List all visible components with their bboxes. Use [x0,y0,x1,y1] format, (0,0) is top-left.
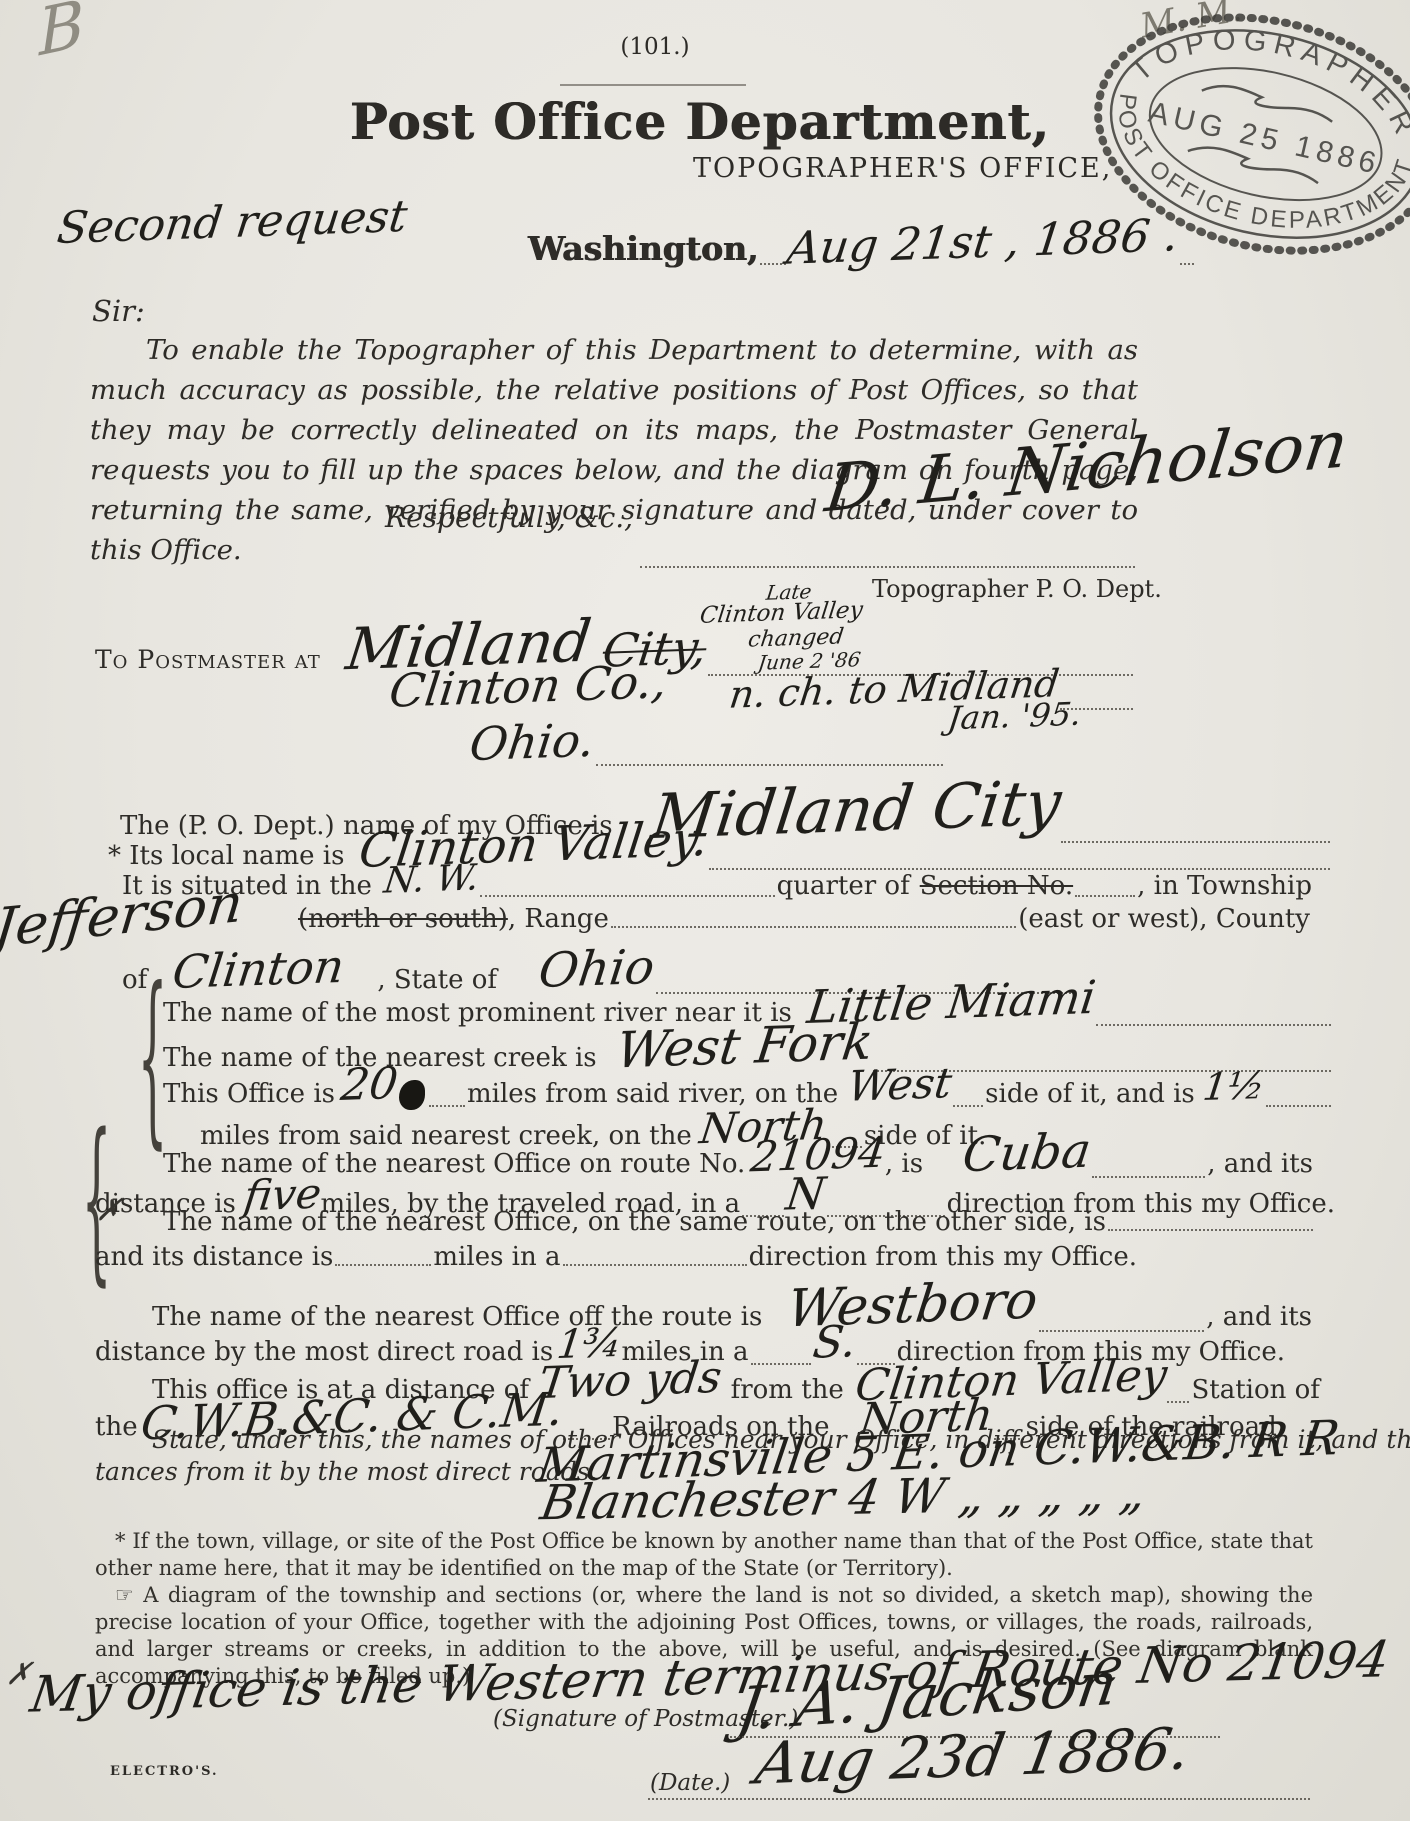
date-label: (Date.) [650,1770,730,1796]
dotted-line [1266,1105,1331,1107]
field-label: , Range [508,904,609,934]
topographer-title: Topographer P. O. Dept. [872,575,1162,603]
addressee-state: Ohio. [467,713,598,771]
postmaster-date: Aug 23d 1886. [750,1715,1195,1798]
field-label: (east or west), County [1018,904,1310,934]
dotted-line [335,1264,431,1266]
salutation: Sir: [92,294,145,328]
dotted-line [611,926,1016,928]
addressee-county: Clinton Co., [386,654,670,718]
other-office-entry-2: Blanchester 4 W „ „ „ „ „ [537,1465,1150,1532]
date-dotted-line [648,1798,1310,1800]
header-divider [560,84,746,86]
river-side-value: West [845,1058,955,1111]
creek-miles-value: 1½ [1200,1063,1267,1109]
signature-dotted-line [640,566,1135,568]
scanned-form-page: B M. M. (101.) Post Office Department, T… [0,0,1410,1821]
field-label: and its distance is [95,1242,333,1272]
dotted-line [1075,895,1135,897]
washington-label: Washington, [528,229,758,268]
margin-check-mark: ✗ [4,1657,34,1693]
dotted-line [596,764,943,766]
field-label: , in Township [1137,871,1312,901]
dotted-line [480,895,774,897]
river-miles-value: 20 [338,1058,401,1111]
margin-check-mark: ✗ [94,1193,124,1229]
second-request-note: Second request [54,191,410,254]
other-offices-label-line2: tances from it by the most direct roads. [95,1457,598,1486]
field-label: the [95,1412,138,1442]
dotted-line [1108,1229,1313,1231]
field-label: quarter of [777,871,910,901]
office-title: TOPOGRAPHER'S OFFICE, [693,153,1112,184]
quarter-value: N. W. [382,857,482,901]
annotation-name-change-date: Jan. '95. [946,695,1084,738]
struck-north-south-label: (north or south) [298,904,508,934]
footnote-1: * If the town, village, or site of the P… [95,1528,1313,1582]
field-label: The name of the nearest Office, on the s… [163,1207,1106,1237]
field-label: miles in a [433,1242,560,1272]
dotted-line [760,263,786,265]
electros-imprint: ELECTRO'S. [110,1764,219,1779]
struck-section-label: Section No. [920,871,1073,901]
dotted-line [1180,263,1194,265]
field-label: side of it, and is [985,1079,1195,1109]
field-label: direction from this my Office. [749,1242,1137,1272]
postmaster-label: To Postmaster at [95,645,321,674]
letter-date-handwritten: Aug 21st , 1886 . [785,208,1183,275]
closing: Respectfully, &c., [385,501,633,534]
pencil-mark: B [37,0,86,71]
form-number: (101.) [575,34,735,60]
manicule-icon: ☞ [95,1582,134,1609]
dotted-line [563,1264,747,1266]
